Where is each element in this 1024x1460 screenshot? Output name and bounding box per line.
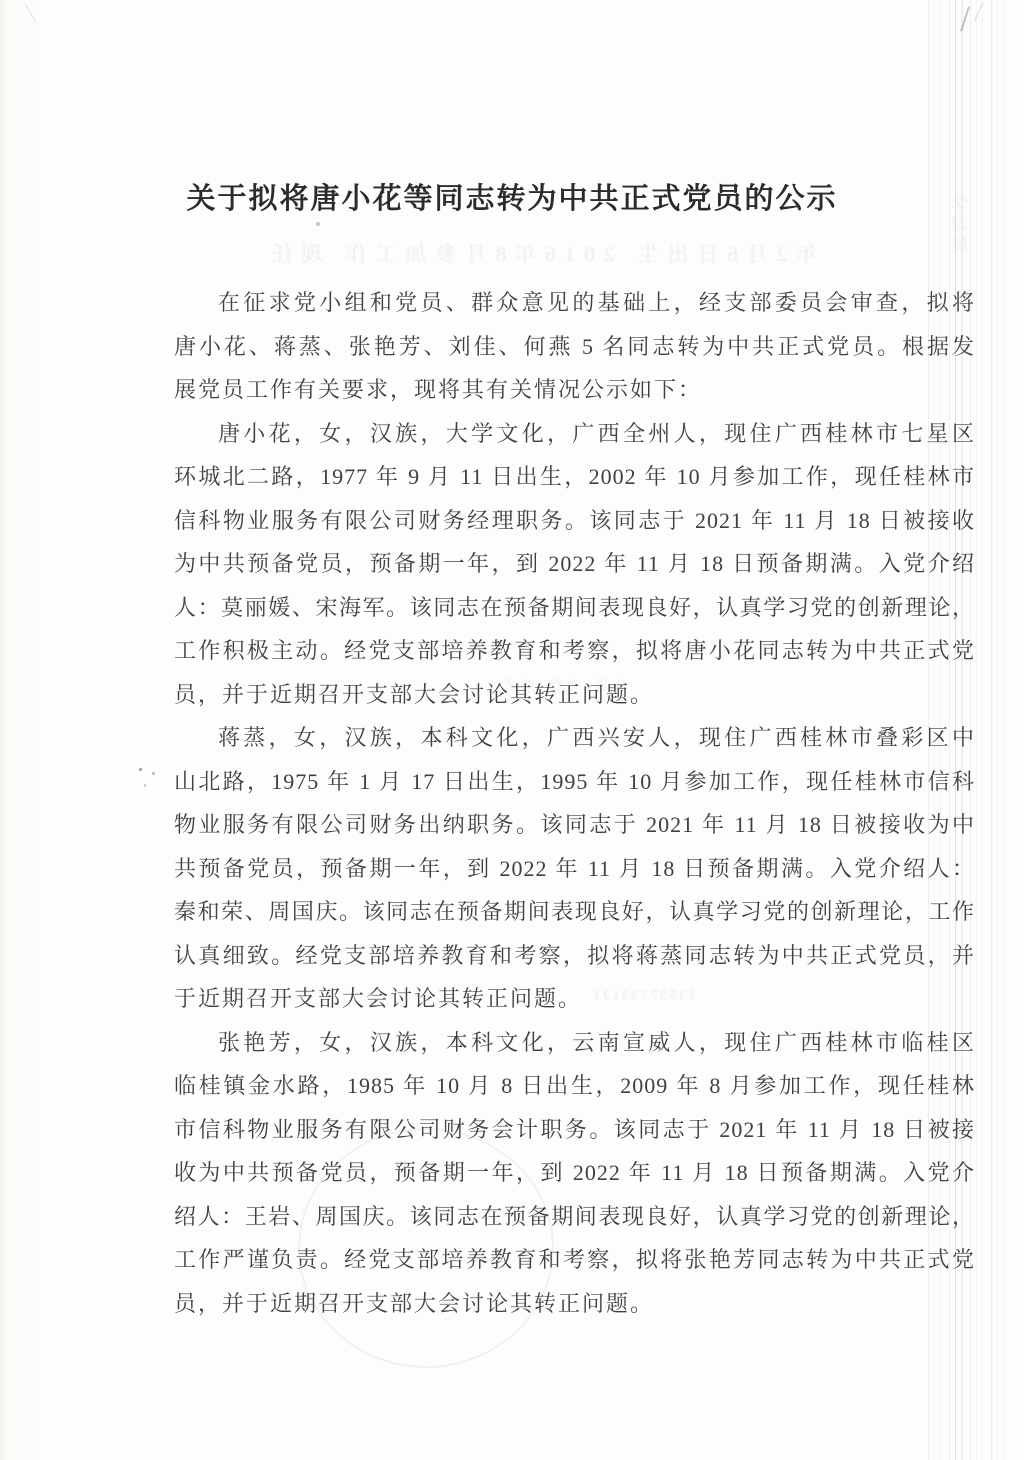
text-line: 物业服务有限公司财务出纳职务。该同志于 2021 年 11 月 18 日被接收为… [174, 803, 975, 847]
text-line: 工作积极主动。经党支部培养教育和考察，拟将唐小花同志转为中共正式党 [174, 629, 975, 673]
text-line: 共预备党员，预备期一年，到 2022 年 11 月 18 日预备期满。入党介绍人… [174, 847, 975, 891]
ink-speck [139, 768, 142, 771]
text-line: 唐小花、蒋蒸、张艳芳、刘佳、何燕 5 名同志转为中共正式党员。根据发 [174, 325, 975, 369]
text-line: 员，并于近期召开支部大会讨论其转正问题。 [174, 1282, 975, 1326]
text-line: 环城北二路，1977 年 9 月 11 日出生，2002 年 10 月参加工作，… [174, 455, 975, 499]
text-line: 秦和荣、周国庆。该同志在预备期间表现良好，认真学习党的创新理论，工作 [174, 890, 975, 934]
text-line: 工作严谨负责。经党支部培养教育和考察，拟将张艳芳同志转为中共正式党 [174, 1238, 975, 1282]
text-line: 信科物业服务有限公司财务经理职务。该同志于 2021 年 11 月 18 日被接… [174, 499, 975, 543]
text-line: 人：莫丽媛、宋海军。该同志在预备期间表现良好，认真学习党的创新理论， [174, 586, 975, 630]
text-line: 山北路，1975 年 1 月 17 日出生，1995 年 10 月参加工作，现任… [174, 760, 975, 804]
text-line: 绍人：王岩、周国庆。该同志在预备期间表现良好，认真学习党的创新理论， [174, 1195, 975, 1239]
text-line: 在征求党小组和党员、群众意见的基础上，经支部委员会审查，拟将 [174, 281, 975, 325]
text-line: 于近期召开支部大会讨论其转正问题。 [174, 977, 975, 1021]
ink-speck [144, 784, 146, 787]
text-line: 收为中共预备党员，预备期一年，到 2022 年 11 月 18 日预备期满。入党… [174, 1151, 975, 1195]
scanned-page: 关于拟将唐小花等同志转为中共正式党员的公示 年2月6日出生 2016年8月参加工… [0, 0, 1024, 1460]
document-title: 关于拟将唐小花等同志转为中共正式党员的公示 [0, 176, 1024, 217]
text-line: 为中共预备党员，预备期一年，到 2022 年 11 月 18 日预备期满。入党介… [174, 542, 975, 586]
document-body: 在征求党小组和党员、群众意见的基础上，经支部委员会审查，拟将唐小花、蒋蒸、张艳芳… [174, 281, 975, 1325]
text-line: 市信科物业服务有限公司财务会计职务。该同志于 2021 年 11 月 18 日被… [174, 1108, 975, 1152]
corner-ink-stroke [25, 3, 37, 23]
text-line: 临桂镇金水路，1985 年 10 月 8 日出生，2009 年 8 月参加工作，… [174, 1064, 975, 1108]
text-line: 张艳芳，女，汉族，本科文化，云南宣威人，现住广西桂林市临桂区 [174, 1021, 975, 1065]
ink-speck [316, 222, 320, 226]
text-line: 认真细致。经党支部培养教育和考察，拟将蒋蒸同志转为中共正式党员，并 [174, 934, 975, 978]
bleedthrough-text: 年2月6日出生 2016年8月参加工作 现任 [150, 238, 930, 268]
text-line: 展党员工作有关要求，现将其有关情况公示如下： [174, 368, 975, 412]
ink-speck [152, 772, 155, 775]
text-line: 蒋蒸，女，汉族，本科文化，广西兴安人，现住广西桂林市叠彩区中 [174, 716, 975, 760]
text-line: 员，并于近期召开支部大会讨论其转正问题。 [174, 673, 975, 717]
text-line: 唐小花，女，汉族，大学文化，广西全州人，现住广西桂林市七星区 [174, 412, 975, 456]
